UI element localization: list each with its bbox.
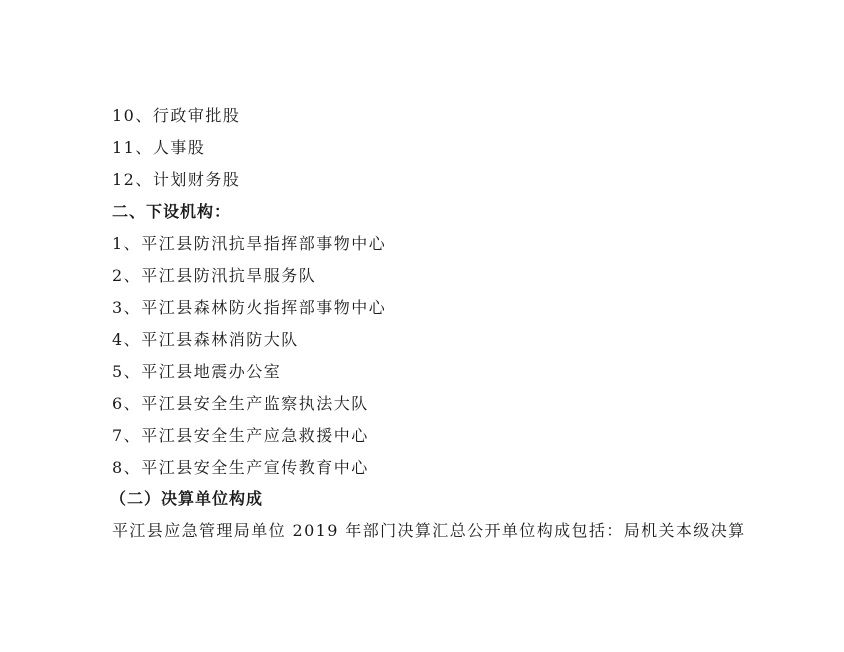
item-text: 人事股 [153,138,206,157]
sub-unit-8: 8、平江县安全生产宣传教育中心 [112,458,369,478]
item-number: 10、 [112,106,153,125]
sub-unit-3: 3、平江县森林防火指挥部事物中心 [112,298,386,318]
item-text: 平江县森林消防大队 [141,330,299,349]
item-number: 11、 [112,138,153,157]
item-text: 平江县防汛抗旱指挥部事物中心 [141,234,386,253]
item-number: 5、 [112,362,141,381]
item-number: 1、 [112,234,141,253]
body-paragraph: 平江县应急管理局单位 2019 年部门决算汇总公开单位构成包括：局机关本级决算 [112,521,746,541]
sub-unit-6: 6、平江县安全生产监察执法大队 [112,394,369,414]
document-page: 10、行政审批股 11、人事股 12、计划财务股 二、下设机构： 1、平江县防汛… [0,0,844,652]
subsection-heading: （二）决算单位构成 [110,489,263,509]
sub-unit-4: 4、平江县森林消防大队 [112,330,299,350]
sub-unit-7: 7、平江县安全生产应急救援中心 [112,426,369,446]
item-text: 平江县安全生产宣传教育中心 [141,458,369,477]
item-text: 计划财务股 [153,170,241,189]
item-text: 平江县安全生产应急救援中心 [141,426,369,445]
sub-unit-2: 2、平江县防汛抗旱服务队 [112,266,316,286]
item-text: 平江县防汛抗旱服务队 [141,266,316,285]
sub-unit-5: 5、平江县地震办公室 [112,362,281,382]
dept-item-12: 12、计划财务股 [112,170,240,190]
sub-unit-1: 1、平江县防汛抗旱指挥部事物中心 [112,234,386,254]
item-text: 平江县安全生产监察执法大队 [141,394,369,413]
item-text: 平江县森林防火指挥部事物中心 [141,298,386,317]
item-text: 平江县地震办公室 [141,362,281,381]
item-number: 6、 [112,394,141,413]
item-number: 3、 [112,298,141,317]
dept-item-11: 11、人事股 [112,138,205,158]
section-two-heading: 二、下设机构： [112,202,231,222]
item-number: 8、 [112,458,141,477]
item-text: 行政审批股 [153,106,241,125]
item-number: 4、 [112,330,141,349]
item-number: 12、 [112,170,153,189]
item-number: 7、 [112,426,141,445]
item-number: 2、 [112,266,141,285]
dept-item-10: 10、行政审批股 [112,106,240,126]
